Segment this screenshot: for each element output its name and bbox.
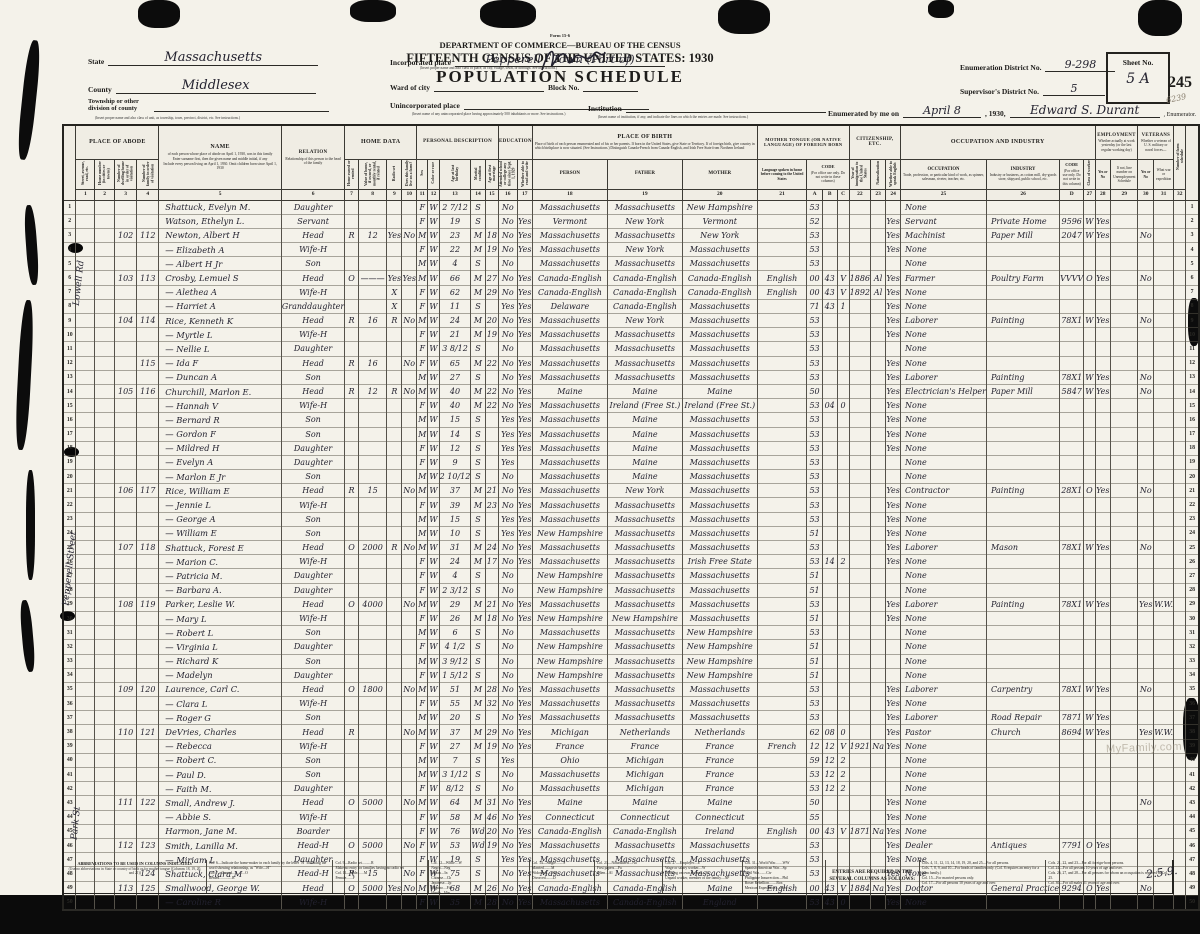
- cell-col-4: 113: [137, 271, 159, 285]
- cell-col-9: [387, 711, 402, 725]
- cell-col-15: 21: [485, 484, 498, 498]
- cell-col-11: M: [417, 711, 428, 725]
- cell-col-27: Yes: [886, 512, 901, 526]
- cell-col-35: [1154, 328, 1174, 342]
- cell-col-29: [986, 399, 1059, 413]
- cell-col-24: [837, 384, 849, 398]
- cell-col-11: M: [417, 526, 428, 540]
- cell-col-5: — Paul D.: [159, 768, 282, 782]
- cell-col-10: [402, 668, 417, 682]
- cell-col-12: W: [428, 470, 439, 484]
- cell-col-7: [345, 214, 359, 228]
- cell-col-29: [986, 328, 1059, 342]
- cell-col-1: [76, 370, 95, 384]
- cell-col-1: [76, 384, 95, 398]
- footer-note-line: Alien....Al: [597, 871, 660, 876]
- cell-col-34: Yes: [1138, 597, 1154, 611]
- cell-col-29: [986, 611, 1059, 625]
- cell-col-33: [1111, 541, 1138, 555]
- group-occupation-industry: OCCUPATION AND INDUSTRY: [901, 125, 1096, 159]
- cell-col-12: W: [428, 597, 439, 611]
- cell-col-5: — Ida F: [159, 356, 282, 370]
- cell-col-32: Yes: [1095, 314, 1111, 328]
- cell-col-15: 18: [485, 228, 498, 242]
- cell-col-24: [837, 512, 849, 526]
- cell-col-22: 53: [807, 697, 822, 711]
- cell-col-4: [137, 697, 159, 711]
- cell-col-13: 3 8/12: [439, 342, 471, 356]
- county-value: Middlesex: [116, 78, 316, 94]
- cell-col-21: [757, 697, 807, 711]
- cell-col-2: [95, 753, 115, 767]
- cell-col-23: [822, 526, 837, 540]
- cell-col-10: [402, 370, 417, 384]
- cell-col-18: New Hampshire: [532, 526, 607, 540]
- abbreviations-block: ABBREVIATIONS TO BE USED IN COLUMNS INDI…: [64, 860, 207, 893]
- cell-col-8: [358, 611, 387, 625]
- cell-col-31: [1084, 583, 1095, 597]
- cell-col-7: [345, 555, 359, 569]
- cell-col-13: 2 10/12: [439, 470, 471, 484]
- cell-col-12: W: [428, 427, 439, 441]
- cell-col-4: [137, 299, 159, 313]
- cell-col-8: [358, 810, 387, 824]
- cell-col-21: [757, 640, 807, 654]
- cell-col-9: [387, 640, 402, 654]
- cell-col-2: [95, 810, 115, 824]
- cell-col-4: [137, 526, 159, 540]
- cell-col-27: [886, 455, 901, 469]
- cell-col-13: 53: [439, 838, 471, 852]
- cell-col-22: 12: [807, 739, 822, 753]
- cell-col-36: [1174, 356, 1186, 370]
- col-color-race: Color or race: [428, 159, 439, 189]
- cell-col-29: [986, 640, 1059, 654]
- cell-col-4: [137, 512, 159, 526]
- cell-col-34: [1138, 285, 1154, 299]
- cell-col-17: Yes: [517, 314, 532, 328]
- line-number: 37: [63, 711, 76, 725]
- cell-col-24: [837, 328, 849, 342]
- cell-col-15: 29: [485, 285, 498, 299]
- cell-col-16: No: [498, 314, 517, 328]
- cell-col-23: 12: [822, 768, 837, 782]
- col-family-number: Number of family in order of visitation: [137, 159, 159, 189]
- cell-col-1: [76, 640, 95, 654]
- cell-col-6: Head: [281, 597, 344, 611]
- cell-col-19: Massachusetts: [607, 569, 682, 583]
- cell-col-33: [1111, 583, 1138, 597]
- cell-col-6: Daughter: [281, 640, 344, 654]
- line-number: 46: [1186, 838, 1199, 852]
- cell-col-12: W: [428, 399, 439, 413]
- cell-col-19: New York: [607, 214, 682, 228]
- cell-col-26: [871, 257, 886, 271]
- cell-col-27: [886, 342, 901, 356]
- column-number: 28: [1095, 189, 1111, 200]
- cell-col-12: W: [428, 895, 439, 910]
- cell-col-7: [345, 739, 359, 753]
- cell-col-13: 23: [439, 228, 471, 242]
- person-row: 2Watson, Ethelyn L.ServantFW19SNoYesVerm…: [63, 214, 1199, 228]
- cell-col-6: Granddaughter: [281, 299, 344, 313]
- cell-col-2: [95, 697, 115, 711]
- cell-col-5: — Patricia M.: [159, 569, 282, 583]
- cell-col-28: None: [901, 342, 987, 356]
- cell-col-9: X: [387, 285, 402, 299]
- line-number: 15: [63, 399, 76, 413]
- cell-col-4: 121: [137, 725, 159, 739]
- cell-col-1: [76, 654, 95, 668]
- person-row: 5— Albert H JrSonMW4SNoMassachusettsMass…: [63, 257, 1199, 271]
- cell-col-17: Yes: [517, 838, 532, 852]
- line-number: 23: [1186, 512, 1199, 526]
- cell-col-1: [76, 838, 95, 852]
- cell-col-15: 22: [485, 384, 498, 398]
- cell-col-29: [986, 470, 1059, 484]
- cell-col-19: New York: [607, 243, 682, 257]
- cell-col-14: S: [471, 413, 485, 427]
- cell-col-14: M: [471, 895, 485, 910]
- cell-col-15: 23: [485, 498, 498, 512]
- cell-col-2: [95, 285, 115, 299]
- cell-col-16: No: [498, 370, 517, 384]
- cell-col-3: [114, 498, 136, 512]
- person-row: 14105116Churchill, Marlon E.HeadR12RNoMW…: [63, 384, 1199, 398]
- cell-col-11: M: [417, 654, 428, 668]
- cell-col-13: 40: [439, 384, 471, 398]
- cell-col-20: Massachusetts: [682, 413, 757, 427]
- cell-col-12: W: [428, 328, 439, 342]
- cell-col-35: [1154, 257, 1174, 271]
- person-row: 19— Evelyn ADaughterFW9SYesMassachusetts…: [63, 455, 1199, 469]
- cell-col-31: [1084, 498, 1095, 512]
- cell-col-2: [95, 782, 115, 796]
- cell-col-19: Maine: [607, 384, 682, 398]
- cell-col-20: Massachusetts: [682, 427, 757, 441]
- cell-col-2: [95, 725, 115, 739]
- col-speak-english: Whether able to speak English: [886, 159, 901, 189]
- cell-col-15: [485, 470, 498, 484]
- cell-col-2: [95, 314, 115, 328]
- cell-col-21: [757, 384, 807, 398]
- cell-col-28: None: [901, 739, 987, 753]
- cell-col-9: [387, 697, 402, 711]
- cell-col-16: Yes: [498, 526, 517, 540]
- cell-col-11: F: [417, 214, 428, 228]
- line-number: 42: [1186, 782, 1199, 796]
- cell-col-30: [1060, 796, 1084, 810]
- cell-col-20: Maine: [682, 384, 757, 398]
- cell-col-5: — Elizabeth A: [159, 243, 282, 257]
- cell-col-33: [1111, 384, 1138, 398]
- cell-col-24: 2: [837, 768, 849, 782]
- cell-col-33: [1111, 370, 1138, 384]
- cell-col-8: [358, 441, 387, 455]
- cell-col-20: Massachusetts: [682, 512, 757, 526]
- cell-col-15: [485, 753, 498, 767]
- cell-col-35: [1154, 299, 1174, 313]
- cell-col-17: Yes: [517, 796, 532, 810]
- cell-col-35: [1154, 654, 1174, 668]
- cell-col-1: [76, 668, 95, 682]
- cell-col-18: Massachusetts: [532, 711, 607, 725]
- cell-col-7: [345, 257, 359, 271]
- cell-col-32: [1095, 569, 1111, 583]
- cell-col-24: [837, 654, 849, 668]
- cell-col-3: 111: [114, 796, 136, 810]
- column-number: 18: [532, 189, 607, 200]
- cell-col-33: [1111, 441, 1138, 455]
- cell-col-11: F: [417, 810, 428, 824]
- cell-col-23: 43: [822, 285, 837, 299]
- cell-col-22: 53: [807, 342, 822, 356]
- cell-col-30: [1060, 427, 1084, 441]
- footer-note-line: Col. 30—For all males 21 years of age an…: [1048, 881, 1170, 886]
- cell-col-23: [822, 611, 837, 625]
- cell-col-9: [387, 597, 402, 611]
- cell-col-20: Massachusetts: [682, 484, 757, 498]
- cell-col-4: [137, 611, 159, 625]
- line-number: 40: [1186, 753, 1199, 767]
- cell-col-21: [757, 243, 807, 257]
- cell-col-7: [345, 626, 359, 640]
- cell-col-9: [387, 782, 402, 796]
- cell-col-31: [1084, 200, 1095, 214]
- cell-col-19: Massachusetts: [607, 668, 682, 682]
- cell-col-27: Yes: [886, 243, 901, 257]
- cell-col-18: Massachusetts: [532, 257, 607, 271]
- cell-col-5: — Caroline R: [159, 895, 282, 910]
- cell-col-33: [1111, 597, 1138, 611]
- cell-col-25: [849, 200, 870, 214]
- cell-col-35: [1154, 541, 1174, 555]
- cell-col-26: [871, 895, 886, 910]
- cell-col-36: [1174, 328, 1186, 342]
- cell-col-14: M: [471, 611, 485, 625]
- cell-col-34: [1138, 810, 1154, 824]
- cell-col-34: [1138, 654, 1154, 668]
- cell-col-5: — Myrtle L: [159, 328, 282, 342]
- cell-col-28: None: [901, 427, 987, 441]
- cell-col-24: [837, 413, 849, 427]
- cell-col-14: S: [471, 370, 485, 384]
- cell-col-12: W: [428, 455, 439, 469]
- cell-col-33: [1111, 796, 1138, 810]
- table-body: 1Shattuck, Evelyn M.DaughterFW2 7/12SNoM…: [63, 200, 1199, 910]
- cell-col-4: [137, 782, 159, 796]
- cell-col-21: [757, 555, 807, 569]
- cell-col-3: [114, 441, 136, 455]
- cell-col-3: [114, 824, 136, 838]
- cell-col-27: [886, 640, 901, 654]
- cell-col-36: [1174, 711, 1186, 725]
- cell-col-16: No: [498, 725, 517, 739]
- cell-col-31: [1084, 342, 1095, 356]
- cell-col-22: 53: [807, 399, 822, 413]
- cell-col-17: Yes: [517, 711, 532, 725]
- line-number: 16: [1186, 413, 1199, 427]
- cell-col-35: [1154, 399, 1174, 413]
- cell-col-30: 7791: [1060, 838, 1084, 852]
- cell-col-12: W: [428, 271, 439, 285]
- cell-col-18: New Hampshire: [532, 668, 607, 682]
- cell-col-6: Daughter: [281, 668, 344, 682]
- cell-col-26: [871, 810, 886, 824]
- cell-col-35: [1154, 895, 1174, 910]
- cell-col-20: Irish Free State: [682, 555, 757, 569]
- cell-col-34: [1138, 611, 1154, 625]
- cell-col-12: W: [428, 498, 439, 512]
- cell-col-11: F: [417, 243, 428, 257]
- cell-col-18: Massachusetts: [532, 243, 607, 257]
- cell-col-23: [822, 214, 837, 228]
- cell-col-27: Yes: [886, 498, 901, 512]
- cell-col-17: Yes: [517, 555, 532, 569]
- cell-col-24: [837, 569, 849, 583]
- cell-col-10: [402, 243, 417, 257]
- cell-col-21: [757, 512, 807, 526]
- person-row: 15— Hannah VWife-HFW40M22NoYesMassachuse…: [63, 399, 1199, 413]
- cell-col-23: [822, 541, 837, 555]
- line-number: 10: [1186, 328, 1199, 342]
- cell-col-16: No: [498, 626, 517, 640]
- cell-col-36: [1174, 526, 1186, 540]
- cell-col-4: 119: [137, 597, 159, 611]
- cell-col-6: Son: [281, 526, 344, 540]
- cell-col-14: S: [471, 768, 485, 782]
- cell-col-14: M: [471, 739, 485, 753]
- cell-col-19: Canada-English: [607, 299, 682, 313]
- cell-col-3: [114, 214, 136, 228]
- cell-col-25: 1886: [849, 271, 870, 285]
- cell-col-25: [849, 257, 870, 271]
- cell-col-15: [485, 427, 498, 441]
- cell-col-21: [757, 753, 807, 767]
- cell-col-34: [1138, 356, 1154, 370]
- cell-col-6: Daughter: [281, 782, 344, 796]
- cell-col-27: Yes: [886, 228, 901, 242]
- cell-col-10: No: [402, 597, 417, 611]
- line-number: 14: [1186, 384, 1199, 398]
- cell-col-30: [1060, 654, 1084, 668]
- cell-col-14: S: [471, 753, 485, 767]
- cell-col-20: Massachusetts: [682, 838, 757, 852]
- person-row: 32— Virginia LDaughterFW4 1/2SNoNew Hamp…: [63, 640, 1199, 654]
- cell-col-3: 106: [114, 484, 136, 498]
- cell-col-26: Al: [871, 271, 886, 285]
- line-number: 41: [63, 768, 76, 782]
- cell-col-13: 1 5/12: [439, 668, 471, 682]
- cell-col-6: Daughter: [281, 569, 344, 583]
- cell-col-7: R: [345, 314, 359, 328]
- cell-col-24: [837, 342, 849, 356]
- line-number: 14: [63, 384, 76, 398]
- cell-col-28: Farmer: [901, 271, 987, 285]
- cell-col-17: Yes: [517, 725, 532, 739]
- cell-col-17: Yes: [517, 498, 532, 512]
- cell-col-29: [986, 895, 1059, 910]
- cell-col-10: [402, 739, 417, 753]
- cell-col-16: No: [498, 796, 517, 810]
- cell-col-29: Paper Mill: [986, 384, 1059, 398]
- cell-col-12: W: [428, 342, 439, 356]
- cell-col-29: [986, 796, 1059, 810]
- cell-col-10: [402, 441, 417, 455]
- cell-col-8: 5000: [358, 838, 387, 852]
- cell-col-23: 43: [822, 299, 837, 313]
- cell-col-13: 62: [439, 285, 471, 299]
- cell-col-3: 105: [114, 384, 136, 398]
- cell-col-11: M: [417, 314, 428, 328]
- cell-col-30: [1060, 526, 1084, 540]
- group-education: EDUCATION: [498, 125, 532, 159]
- cell-col-28: None: [901, 498, 987, 512]
- cell-col-16: Yes: [498, 441, 517, 455]
- cell-col-11: M: [417, 257, 428, 271]
- cell-col-23: [822, 427, 837, 441]
- cell-col-10: [402, 526, 417, 540]
- footer-note-line: Mexican Expedition......Mex: [745, 886, 823, 891]
- abbrev-col9-11: Col. 9—Radio set..........RMake no entry…: [333, 860, 429, 893]
- person-row: 4— Elizabeth AWife-HFW22M19NoYesMassachu…: [63, 243, 1199, 257]
- cell-col-9: [387, 257, 402, 271]
- person-row: 36— Clara LWife-HFW55M32NoYesMassachuset…: [63, 697, 1199, 711]
- cell-col-24: 0: [837, 725, 849, 739]
- cell-col-21: [757, 725, 807, 739]
- cell-col-34: No: [1138, 796, 1154, 810]
- cell-col-26: [871, 228, 886, 242]
- cell-col-7: [345, 526, 359, 540]
- cell-col-9: [387, 654, 402, 668]
- cell-col-32: [1095, 441, 1111, 455]
- cell-col-8: ———: [358, 271, 387, 285]
- cell-col-32: [1095, 356, 1111, 370]
- cell-col-14: S: [471, 512, 485, 526]
- footer-note-line: Divorced........D: [532, 876, 592, 881]
- cell-col-25: [849, 484, 870, 498]
- cell-col-34: No: [1138, 271, 1154, 285]
- cell-col-5: Watson, Ethelyn L.: [159, 214, 282, 228]
- cell-col-35: W.W.: [1154, 597, 1174, 611]
- cell-col-21: English: [757, 824, 807, 838]
- cell-col-35: [1154, 243, 1174, 257]
- cell-col-23: [822, 569, 837, 583]
- cell-col-33: [1111, 753, 1138, 767]
- person-row: 29108119Parker, Leslie W.HeadO4000NoMW29…: [63, 597, 1199, 611]
- cell-col-35: [1154, 768, 1174, 782]
- cell-col-5: — Bernard R: [159, 413, 282, 427]
- cell-col-14: M: [471, 399, 485, 413]
- scan-artifact: [14, 300, 35, 450]
- cell-col-12: W: [428, 768, 439, 782]
- cell-col-13: 2 3/12: [439, 583, 471, 597]
- cell-col-33: [1111, 611, 1138, 625]
- cell-col-26: Na: [871, 739, 886, 753]
- cell-col-4: 116: [137, 384, 159, 398]
- footer-notes: ABBREVIATIONS TO BE USED IN COLUMNS INDI…: [62, 860, 1174, 894]
- cell-col-28: None: [901, 654, 987, 668]
- cell-col-13: 31: [439, 541, 471, 555]
- cell-col-22: 53: [807, 441, 822, 455]
- cell-col-12: W: [428, 370, 439, 384]
- entries-required-title: ENTRIES ARE REQUIRED IN THE SEVERAL COLU…: [826, 860, 920, 893]
- cell-col-2: [95, 399, 115, 413]
- cell-col-32: [1095, 768, 1111, 782]
- cell-col-10: No: [402, 838, 417, 852]
- line-number: 1: [1186, 200, 1199, 214]
- cell-col-11: F: [417, 569, 428, 583]
